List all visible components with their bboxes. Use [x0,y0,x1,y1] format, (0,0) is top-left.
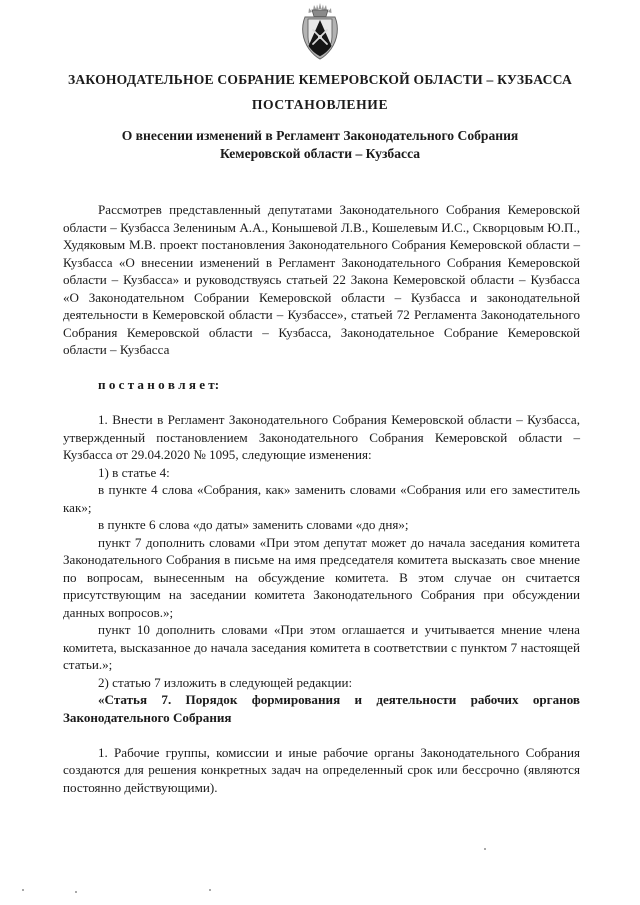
paragraph: п о с т а н о в л я е т: [63,376,580,394]
document-title-line-2: Кемеровской области – Кузбасса [220,146,420,161]
scan-speck [209,889,211,891]
document-page: ЗАКОНОДАТЕЛЬНОЕ СОБРАНИЕ КЕМЕРОВСКОЙ ОБЛ… [0,0,640,905]
paragraph: «Статья 7. Порядок формирования и деятел… [63,691,580,726]
paragraph: 1. Внести в Регламент Законодательного С… [63,411,580,464]
scan-speck [75,891,77,893]
document-body: Рассмотрев представленный депутатами Зак… [63,201,580,796]
paragraph: пункт 7 дополнить словами «При этом депу… [63,534,580,622]
document-title: О внесении изменений в Регламент Законод… [30,127,610,163]
kemerovo-coat-of-arms-icon [297,3,343,61]
document-type-heading: ПОСТАНОВЛЕНИЕ [0,97,640,113]
paragraph: пункт 10 дополнить словами «При этом огл… [63,621,580,674]
scan-speck [484,848,486,850]
paragraph: Рассмотрев представленный депутатами Зак… [63,201,580,359]
scan-speck [22,889,24,891]
paragraph: 1) в статье 4: [63,464,580,482]
paragraph: 1. Рабочие группы, комиссии и иные рабоч… [63,744,580,797]
emblem [0,0,640,61]
paragraph: в пункте 6 слова «до даты» заменить слов… [63,516,580,534]
document-title-line-1: О внесении изменений в Регламент Законод… [122,128,519,143]
organization-name: ЗАКОНОДАТЕЛЬНОЕ СОБРАНИЕ КЕМЕРОВСКОЙ ОБЛ… [20,72,620,88]
paragraph: 2) статью 7 изложить в следующей редакци… [63,674,580,692]
paragraph: в пункте 4 слова «Собрания, как» заменит… [63,481,580,516]
